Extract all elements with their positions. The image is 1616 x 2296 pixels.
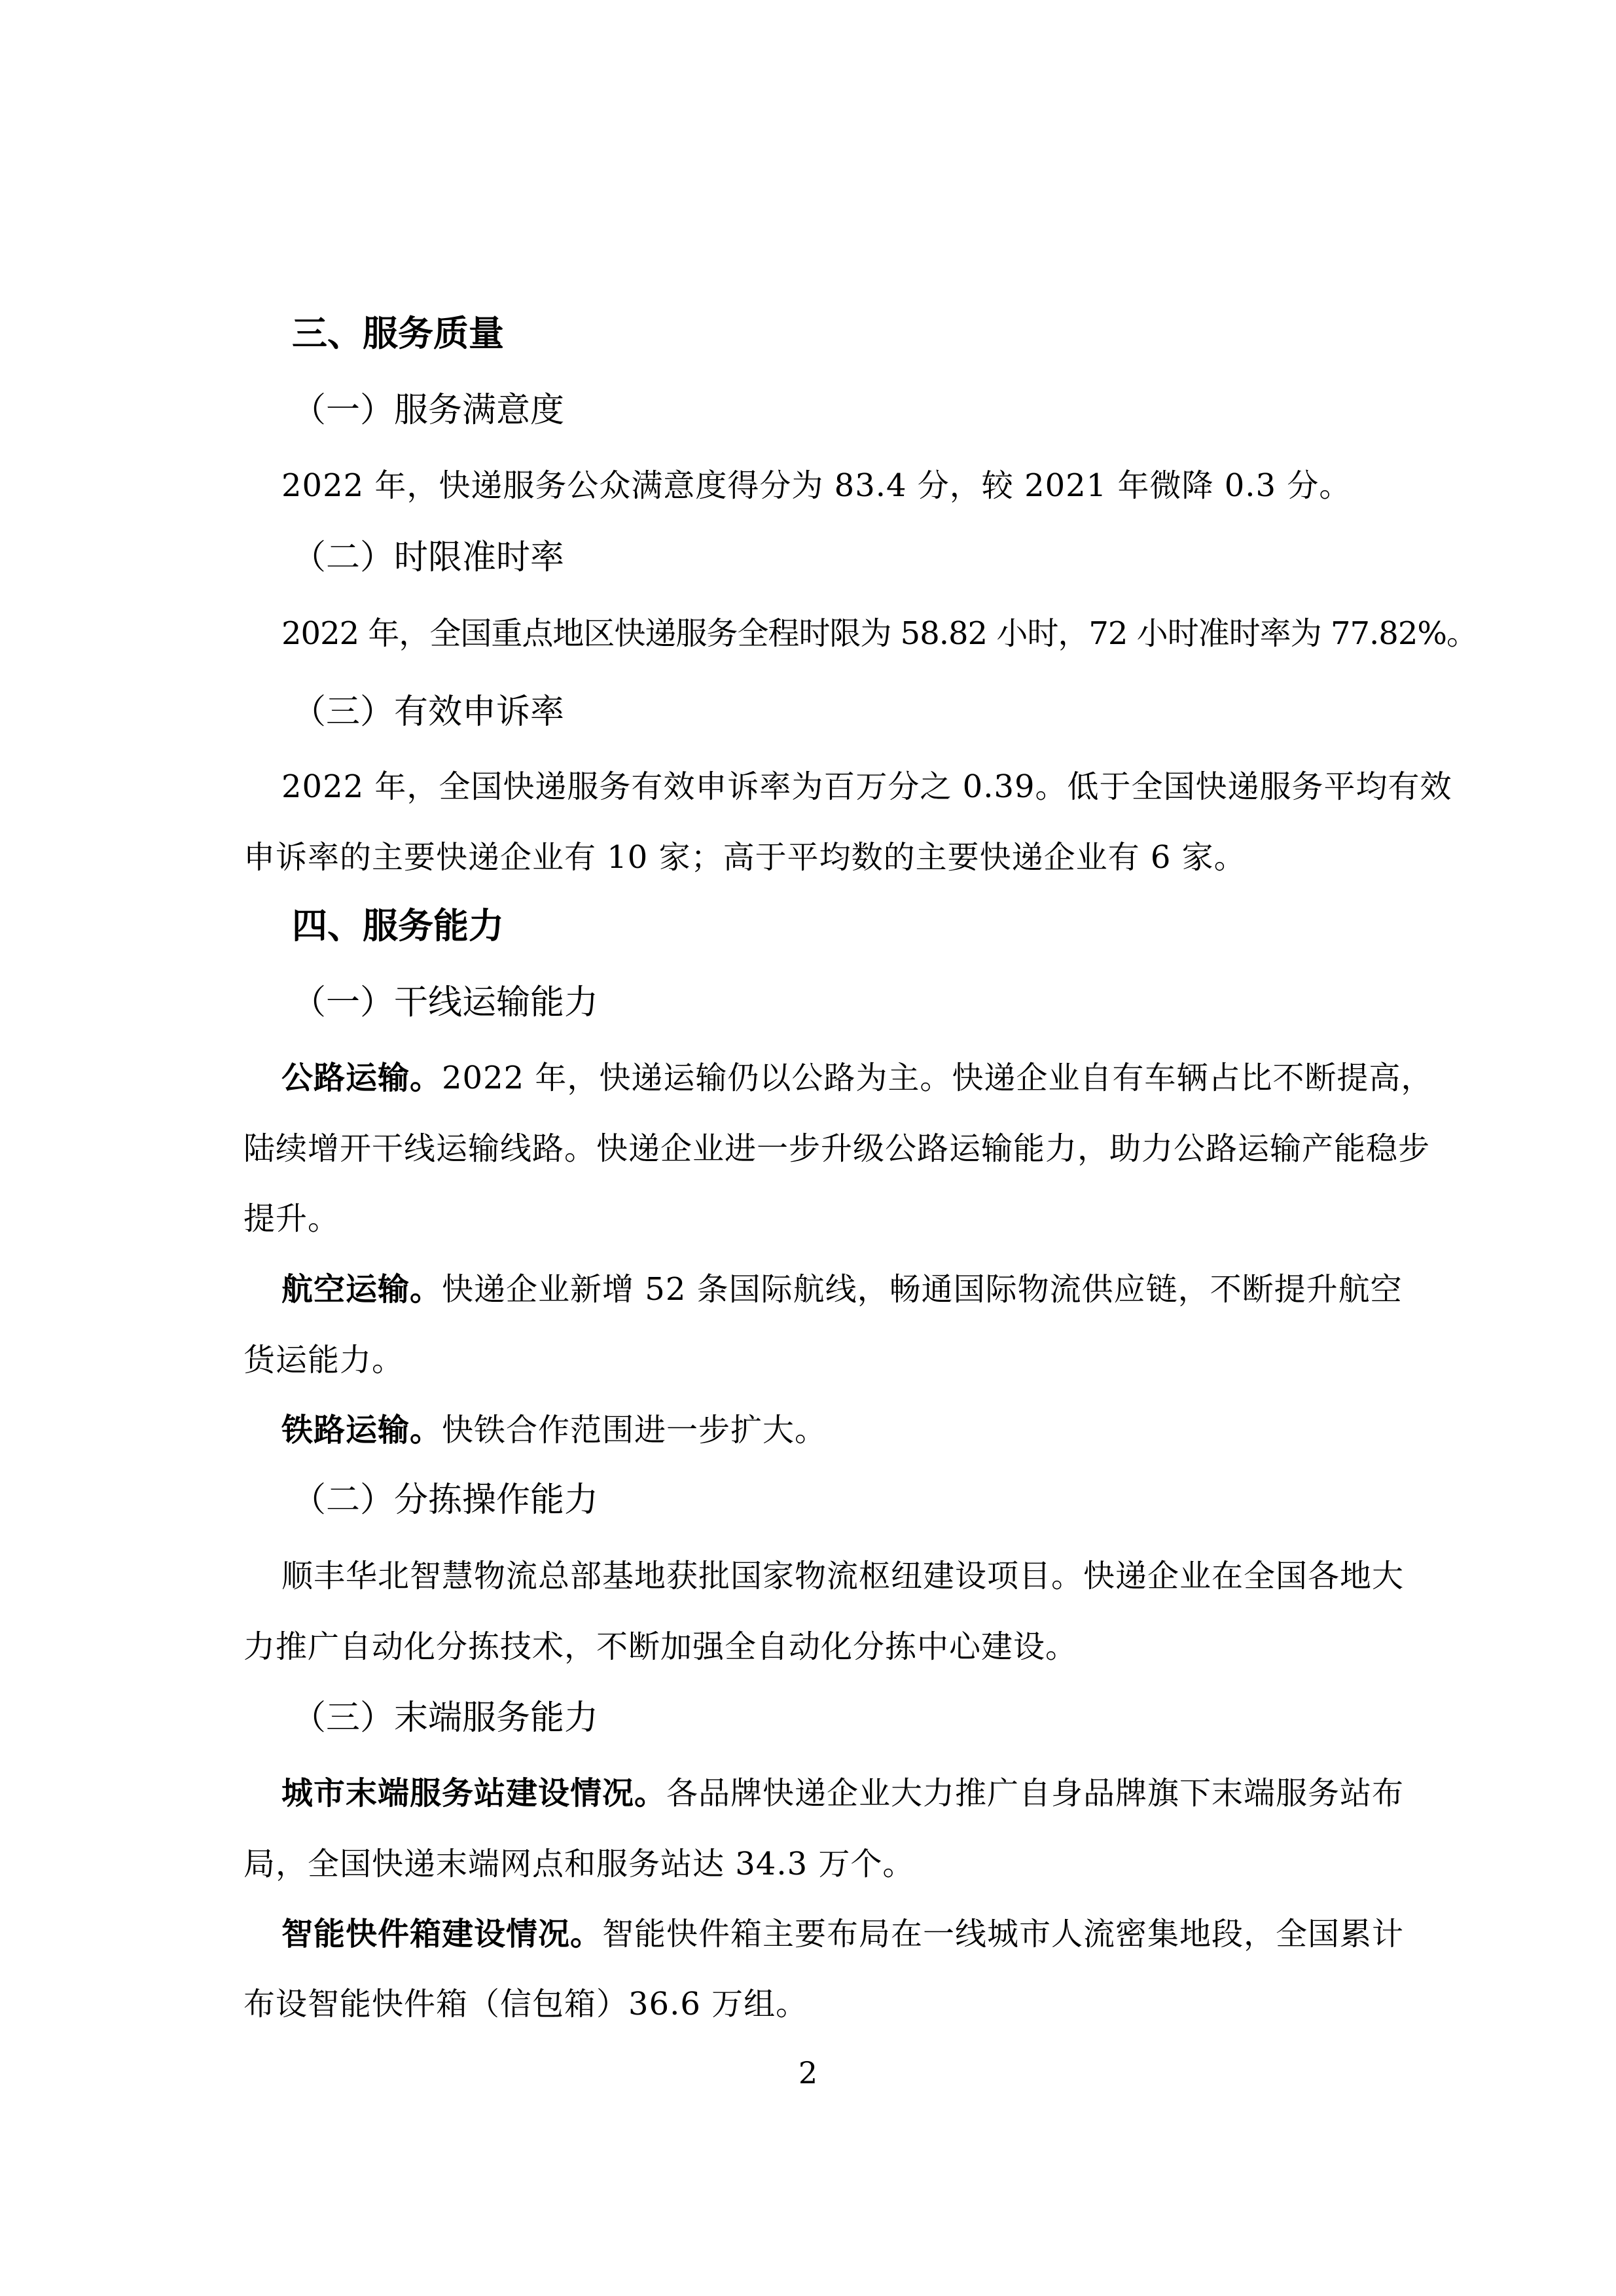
paragraph-lockers-line1: 智能快件箱建设情况。智能快件箱主要布局在一线城市人流密集地段，全国累计 xyxy=(281,1914,1404,1954)
rail-lead: 铁路运输。 xyxy=(281,1412,442,1448)
subheading-trunk-transport: （一）干线运输能力 xyxy=(292,983,598,1022)
paragraph-complaint-rate-line1: 2022 年，全国快递服务有效申诉率为百万分之 0.39。低于全国快递服务平均有… xyxy=(281,767,1397,806)
subheading-sorting: （二）分拣操作能力 xyxy=(292,1480,598,1520)
paragraph-rail: 铁路运输。快铁合作范围进一步扩大。 xyxy=(281,1410,827,1450)
subheading-timeliness: （二）时限准时率 xyxy=(292,538,564,577)
lockers-text: 智能快件箱主要布局在一线城市人流密集地段，全国累计 xyxy=(602,1916,1404,1952)
rail-text: 快铁合作范围进一步扩大。 xyxy=(442,1412,827,1448)
paragraph-urban-line1: 城市末端服务站建设情况。各品牌快递企业大力推广自身品牌旗下末端服务站布 xyxy=(281,1774,1404,1813)
paragraph-complaint-rate-line2: 申诉率的主要快递企业有 10 家；高于平均数的主要快递企业有 6 家。 xyxy=(243,838,1246,877)
section-heading-service-capacity: 四、服务能力 xyxy=(292,906,504,946)
subheading-satisfaction: （一）服务满意度 xyxy=(292,391,564,430)
paragraph-urban-line2: 局，全国快递末端网点和服务站达 34.3 万个。 xyxy=(243,1844,914,1884)
document-page: 三、服务质量 （一）服务满意度 2022 年，快递服务公众满意度得分为 83.4… xyxy=(0,0,1616,2296)
subheading-last-mile: （三）末端服务能力 xyxy=(292,1698,598,1738)
road-lead: 公路运输。 xyxy=(281,1060,442,1096)
paragraph-road-line1: 公路运输。2022 年，快递运输仍以公路为主。快递企业自有车辆占比不断提高， xyxy=(281,1058,1433,1098)
paragraph-sorting-line2: 力推广自动化分拣技术，不断加强全自动化分拣中心建设。 xyxy=(243,1627,1077,1666)
paragraph-lockers-line2: 布设智能快件箱（信包箱）36.6 万组。 xyxy=(243,1984,808,2024)
air-text: 快递企业新增 52 条国际航线，畅通国际物流供应链，不断提升航空 xyxy=(442,1271,1403,1308)
paragraph-air-line2: 货运能力。 xyxy=(243,1340,404,1380)
road-text: 2022 年，快递运输仍以公路为主。快递企业自有车辆占比不断提高， xyxy=(442,1060,1433,1096)
paragraph-road-line3: 提升。 xyxy=(243,1199,340,1238)
paragraph-timeliness: 2022 年，全国重点地区快递服务全程时限为 58.82 小时，72 小时准时率… xyxy=(281,614,1477,653)
paragraph-sorting-line1: 顺丰华北智慧物流总部基地获批国家物流枢纽建设项目。快递企业在全国各地大 xyxy=(281,1556,1359,1596)
subheading-complaint-rate: （三）有效申诉率 xyxy=(292,692,564,732)
page-number: 2 xyxy=(0,2055,1616,2090)
urban-lead: 城市末端服务站建设情况。 xyxy=(281,1775,666,1812)
urban-text: 各品牌快递企业大力推广自身品牌旗下末端服务站布 xyxy=(666,1775,1404,1812)
lockers-lead: 智能快件箱建设情况。 xyxy=(281,1916,602,1952)
section-heading-service-quality: 三、服务质量 xyxy=(292,314,504,353)
air-lead: 航空运输。 xyxy=(281,1271,442,1308)
paragraph-satisfaction: 2022 年，快递服务公众满意度得分为 83.4 分，较 2021 年微降 0.… xyxy=(281,466,1351,505)
paragraph-air-line1: 航空运输。快递企业新增 52 条国际航线，畅通国际物流供应链，不断提升航空 xyxy=(281,1270,1403,1309)
paragraph-road-line2: 陆续增开干线运输线路。快递企业进一步升级公路运输能力，助力公路运输产能稳步 xyxy=(243,1129,1359,1168)
